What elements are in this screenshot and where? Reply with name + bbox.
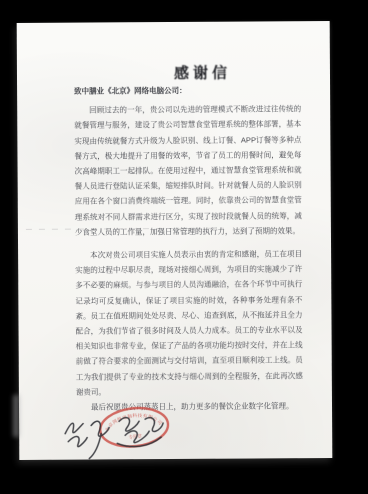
photo-background: 感谢信 致中膳业《北京》网络电脑公司： 回顾过去的一年，贵公司以先进的管理模式不… [0,0,368,494]
letter-body: 致中膳业《北京》网络电脑公司： 回顾过去的一年，贵公司以先进的管理模式不断改进过… [74,82,303,415]
letter-paragraph-1: 回顾过去的一年，贵公司以先进的管理模式不断改进过往传统的就餐管理与服务，建设了贵… [74,101,302,239]
handwritten-signature [57,407,175,460]
letter-title: 感谢信 [17,61,330,84]
letter-paragraph-2: 本次对贵公司项目实施人员表示由衷的肯定和感谢，员工在项目实施的过程中尽职尽责，现… [75,246,303,399]
letter-paper: 感谢信 致中膳业《北京》网络电脑公司： 回顾过去的一年，贵公司以先进的管理模式不… [17,21,333,460]
letter-salutation: 致中膳业《北京》网络电脑公司： [74,82,301,99]
shadow-smudge [13,395,19,437]
